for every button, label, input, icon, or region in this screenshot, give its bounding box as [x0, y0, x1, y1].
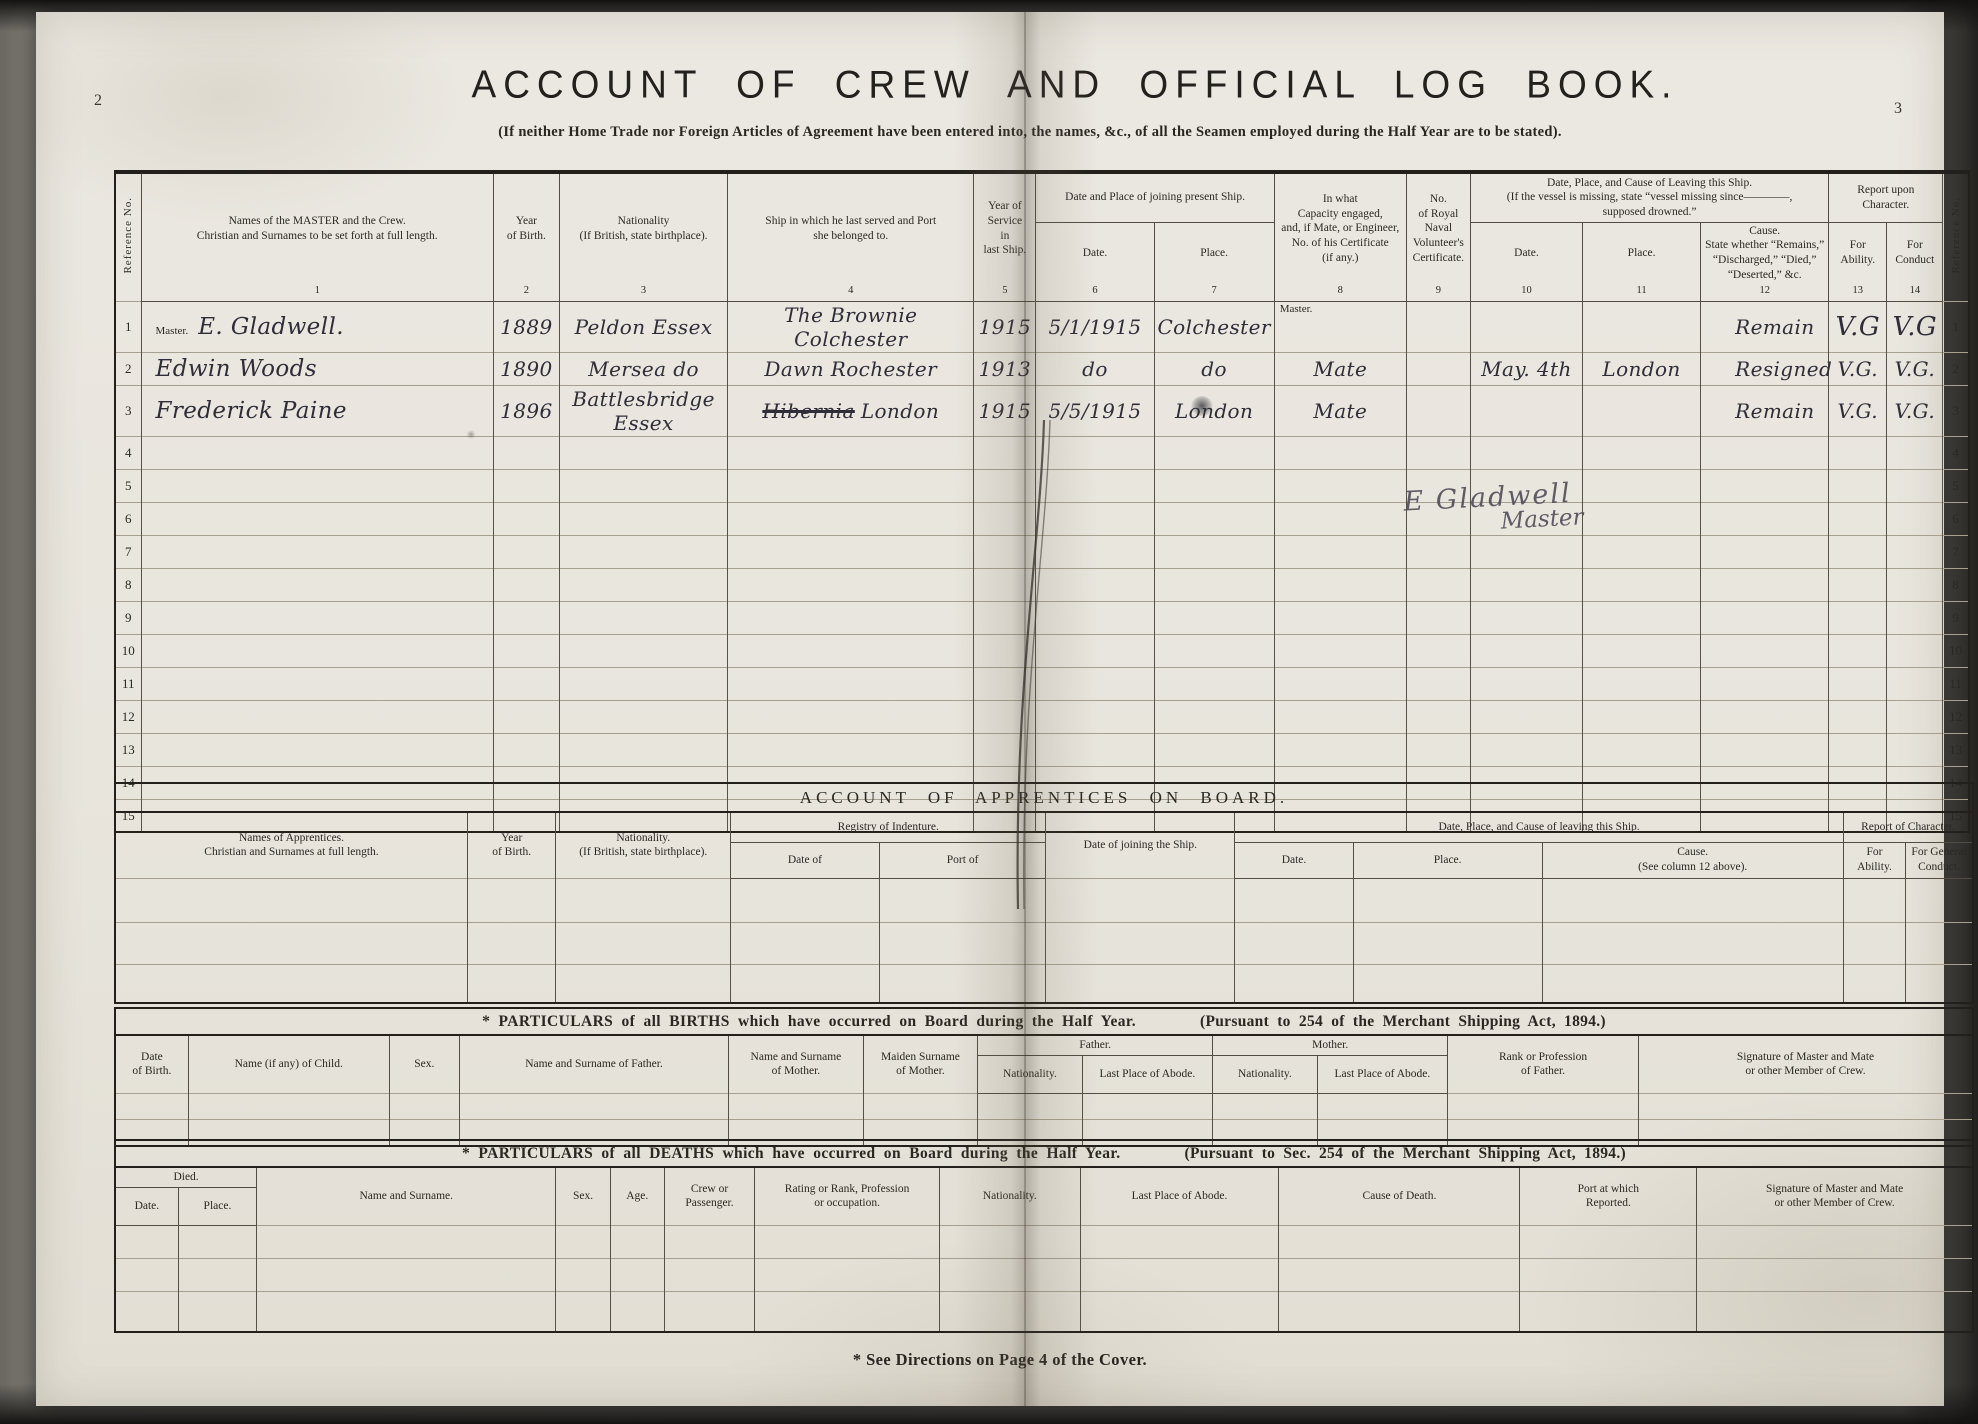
crew-cell-join_place [1154, 601, 1274, 634]
crew-cell-cause: Remain [1701, 301, 1829, 352]
crew-cell-cause [1701, 568, 1829, 601]
crew-row: 1313 [115, 733, 1969, 766]
crew-row: 66 [115, 502, 1969, 535]
births-table: Date of Birth. Name (if any) of Child. S… [116, 1034, 1972, 1145]
col-header-nationality: Nationality (If British, state birthplac… [559, 172, 727, 283]
crew-cell-rnv [1406, 469, 1470, 502]
col-header-leave-date: Date. [1470, 222, 1582, 283]
crew-cell-rnv [1406, 634, 1470, 667]
crew-cell-no: 8 [115, 568, 141, 601]
crew-row: 1010 [115, 634, 1969, 667]
birth-col-mother: Name and Surname of Mother. [729, 1035, 864, 1093]
crew-cell-no: 7 [115, 535, 141, 568]
crew-cell-leave_date [1470, 301, 1582, 352]
crew-cell-nationality [559, 634, 727, 667]
crew-row: 2Edwin Woods1890Mersea doDawn Rochester1… [115, 352, 1969, 385]
crew-cell-join_place [1154, 733, 1274, 766]
death-col-age: Age. [610, 1167, 664, 1225]
birth-col-rank: Rank or Profession of Father. [1448, 1035, 1639, 1093]
empty-row [116, 1225, 1972, 1258]
crew-cell-leave_place [1583, 301, 1701, 352]
crew-cell-ship: Dawn Rochester [728, 352, 974, 385]
crew-cell-cause [1701, 502, 1829, 535]
births-title-main: * PARTICULARS of all BIRTHS which have o… [482, 1013, 1136, 1030]
birth-col-maiden: Maiden Surname of Mother. [863, 1035, 977, 1093]
crew-cell-capacity [1274, 667, 1406, 700]
crew-cell-nationality [559, 667, 727, 700]
crew-row: 1212 [115, 700, 1969, 733]
crew-cell-ability: V.G [1829, 301, 1887, 352]
crew-cell-ship [728, 634, 974, 667]
crew-cell-nationality [559, 601, 727, 634]
crew-cell-capacity [1274, 601, 1406, 634]
crew-cell-capacity [1274, 700, 1406, 733]
crew-cell-ability [1829, 469, 1887, 502]
crew-cell-conduct: V.G. [1887, 352, 1943, 385]
crew-cell-join_place [1154, 700, 1274, 733]
crew-cell-no: 12 [1943, 700, 1969, 733]
crew-cell-name: Frederick Paine [141, 385, 493, 436]
crew-cell-ship [728, 700, 974, 733]
crew-cell-leave_place [1583, 568, 1701, 601]
crew-cell-name [141, 502, 493, 535]
crew-cell-name [141, 601, 493, 634]
crew-cell-join_date [1036, 601, 1154, 634]
crew-cell-service [974, 667, 1036, 700]
crew-cell-service: 1915 [974, 301, 1036, 352]
crew-cell-leave_date [1470, 385, 1582, 436]
crew-cell-no: 2 [1943, 352, 1969, 385]
crew-row: 99 [115, 601, 1969, 634]
crew-cell-join_date [1036, 535, 1154, 568]
deaths-title-main: * PARTICULARS of all DEATHS which have o… [462, 1145, 1121, 1162]
crew-cell-leave_place [1583, 502, 1701, 535]
apprentices-section: ACCOUNT OF APPRENTICES ON BOARD. Names o… [114, 782, 1974, 1004]
crew-cell-name: Edwin Woods [141, 352, 493, 385]
death-col-sex: Sex. [556, 1167, 610, 1225]
crew-cell-birth [493, 634, 559, 667]
crew-cell-conduct: V.G. [1887, 385, 1943, 436]
col-header-join-date: Date. [1036, 222, 1154, 283]
crew-cell-nationality [559, 502, 727, 535]
crew-cell-leave_place [1583, 634, 1701, 667]
crew-cell-cause [1701, 700, 1829, 733]
crew-cell-leave_date [1470, 667, 1582, 700]
crew-cell-rnv [1406, 667, 1470, 700]
reference-no-header-right: Reference No. [1943, 172, 1969, 301]
crew-cell-join_date [1036, 700, 1154, 733]
crew-cell-conduct [1887, 502, 1943, 535]
crew-cell-birth: 1890 [493, 352, 559, 385]
birth-col-child: Name (if any) of Child. [188, 1035, 389, 1093]
crew-cell-conduct [1887, 601, 1943, 634]
crew-cell-rnv [1406, 733, 1470, 766]
log-book-spread: 2 3 ACCOUNT OF CREW AND OFFICIAL LOG BOO… [36, 12, 1944, 1406]
col-header-ability: For Ability. [1829, 222, 1887, 283]
crew-cell-conduct [1887, 667, 1943, 700]
crew-cell-conduct [1887, 568, 1943, 601]
crew-cell-capacity [1274, 568, 1406, 601]
crew-cell-cause [1701, 601, 1829, 634]
crew-cell-no: 7 [1943, 535, 1969, 568]
col-header-names: Names of the MASTER and the Crew. Christ… [141, 172, 493, 283]
crew-cell-join_date [1036, 436, 1154, 469]
crew-cell-name [141, 436, 493, 469]
crew-cell-join_date [1036, 634, 1154, 667]
birth-col-father-abode: Last Place of Abode. [1082, 1055, 1213, 1093]
crew-cell-leave_place [1583, 733, 1701, 766]
crew-cell-leave_place [1583, 436, 1701, 469]
app-group-report: Report of Character. [1843, 812, 1972, 842]
apprentices-title: ACCOUNT OF APPRENTICES ON BOARD. [116, 784, 1972, 811]
crew-cell-service [974, 568, 1036, 601]
crew-cell-join_date [1036, 733, 1154, 766]
crew-cell-leave_place [1583, 601, 1701, 634]
crew-cell-leave_date [1470, 634, 1582, 667]
births-title-pursuant: (Pursuant to 254 of the Merchant Shippin… [1200, 1013, 1606, 1030]
crew-cell-ship [728, 502, 974, 535]
crew-cell-join_place [1154, 535, 1274, 568]
death-col-abode: Last Place of Abode. [1080, 1167, 1279, 1225]
crew-cell-birth [493, 469, 559, 502]
page-title: ACCOUNT OF CREW AND OFFICIAL LOG BOOK. [36, 63, 1944, 107]
footer-note: * See Directions on Page 4 of the Cover. [36, 1350, 1944, 1370]
crew-cell-service [974, 601, 1036, 634]
crew-cell-service [974, 436, 1036, 469]
death-col-place: Place. [178, 1187, 256, 1225]
crew-cell-no: 1 [115, 301, 141, 352]
deaths-title: * PARTICULARS of all DEATHS which have o… [116, 1141, 1972, 1166]
crew-cell-nationality [559, 568, 727, 601]
crew-cell-name [141, 469, 493, 502]
crew-cell-name [141, 535, 493, 568]
crew-cell-cause [1701, 436, 1829, 469]
crew-cell-no: 3 [1943, 385, 1969, 436]
crew-cell-service [974, 502, 1036, 535]
crew-cell-ability [1829, 568, 1887, 601]
app-col-port-of: Port of [879, 842, 1046, 878]
crew-cell-join_place [1154, 436, 1274, 469]
app-col-conduct: For General Conduct. [1906, 842, 1972, 878]
app-col-nationality: Nationality. (If British, state birthpla… [556, 812, 731, 878]
app-col-leave-place: Place. [1353, 842, 1542, 878]
col-header-last-ship: Ship in which he last served and Port sh… [728, 172, 974, 283]
crew-cell-rnv [1406, 700, 1470, 733]
crew-cell-join_date: 5/1/1915 [1036, 301, 1154, 352]
app-group-leaving: Date, Place, and Cause of leaving this S… [1235, 812, 1844, 842]
crew-cell-service [974, 535, 1036, 568]
crew-row: 55 [115, 469, 1969, 502]
crew-cell-ship [728, 535, 974, 568]
crew-cell-rnv [1406, 535, 1470, 568]
death-col-nationality: Nationality. [939, 1167, 1080, 1225]
crew-cell-nationality [559, 436, 727, 469]
crew-row: 44 [115, 436, 1969, 469]
crew-cell-ship: HiberniaLondon [728, 385, 974, 436]
crew-cell-no: 13 [115, 733, 141, 766]
crew-cell-conduct [1887, 700, 1943, 733]
crew-cell-ability [1829, 436, 1887, 469]
col-header-service: Year of Service in last Ship. [974, 172, 1036, 283]
crew-cell-no: 9 [1943, 601, 1969, 634]
crew-cell-service [974, 733, 1036, 766]
crew-cell-cause: Remain [1701, 385, 1829, 436]
crew-cell-ship [728, 733, 974, 766]
crew-cell-leave_place [1583, 667, 1701, 700]
crew-cell-no: 1 [1943, 301, 1969, 352]
crew-cell-capacity [1274, 469, 1406, 502]
crew-cell-leave_date [1470, 436, 1582, 469]
crew-row: 1111 [115, 667, 1969, 700]
crew-cell-capacity [1274, 502, 1406, 535]
crew-cell-leave_place [1583, 385, 1701, 436]
crew-cell-ability [1829, 667, 1887, 700]
group-header-report: Report upon Character. [1829, 172, 1943, 222]
crew-cell-cause [1701, 469, 1829, 502]
app-col-year: Year of Birth. [468, 812, 556, 878]
crew-cell-rnv [1406, 568, 1470, 601]
birth-col-signature: Signature of Master and Mate or other Me… [1638, 1035, 1972, 1093]
crew-row: 1Master.E. Gladwell.1889Peldon EssexThe … [115, 301, 1969, 352]
crew-cell-capacity [1274, 733, 1406, 766]
crew-cell-join_place: do [1154, 352, 1274, 385]
crew-cell-leave_date [1470, 733, 1582, 766]
crew-cell-join_place [1154, 634, 1274, 667]
crew-cell-capacity [1274, 634, 1406, 667]
crew-cell-ability: V.G. [1829, 352, 1887, 385]
birth-col-date: Date of Birth. [116, 1035, 188, 1093]
col-header-conduct: For Conduct [1887, 222, 1943, 283]
crew-cell-ability: V.G. [1829, 385, 1887, 436]
crew-cell-no: 8 [1943, 568, 1969, 601]
death-col-rating: Rating or Rank, Profession or occupation… [755, 1167, 940, 1225]
death-col-crew: Crew or Passenger. [664, 1167, 754, 1225]
crew-cell-birth: 1896 [493, 385, 559, 436]
crew-cell-no: 11 [115, 667, 141, 700]
birth-group-father: Father. [978, 1035, 1213, 1055]
app-col-cause: Cause. (See column 12 above). [1542, 842, 1843, 878]
crew-cell-no: 6 [115, 502, 141, 535]
crew-cell-rnv [1406, 301, 1470, 352]
crew-cell-nationality [559, 535, 727, 568]
crew-cell-no: 12 [115, 700, 141, 733]
births-section: * PARTICULARS of all BIRTHS which have o… [114, 1007, 1974, 1147]
crew-cell-join_date [1036, 502, 1154, 535]
crew-cell-birth [493, 535, 559, 568]
deaths-table: Died. Name and Surname. Sex. Age. Crew o… [116, 1166, 1972, 1331]
crew-cell-nationality [559, 469, 727, 502]
crew-cell-name [141, 667, 493, 700]
crew-cell-leave_place [1583, 469, 1701, 502]
death-col-name: Name and Surname. [257, 1167, 556, 1225]
crew-cell-no: 10 [115, 634, 141, 667]
crew-cell-nationality: Peldon Essex [559, 301, 727, 352]
crew-cell-capacity [1274, 535, 1406, 568]
crew-cell-no: 4 [1943, 436, 1969, 469]
crew-cell-conduct [1887, 634, 1943, 667]
crew-cell-service: 1913 [974, 352, 1036, 385]
crew-cell-cause [1701, 634, 1829, 667]
birth-col-mother-nationality: Nationality. [1213, 1055, 1317, 1093]
crew-cell-leave_place: London [1583, 352, 1701, 385]
col-header-birth: Year of Birth. [493, 172, 559, 283]
crew-cell-join_place [1154, 469, 1274, 502]
crew-cell-join_date: 5/5/1915 [1036, 385, 1154, 436]
crew-cell-ship [728, 469, 974, 502]
crew-cell-leave_place [1583, 700, 1701, 733]
group-header-joining: Date and Place of joining present Ship. [1036, 172, 1274, 222]
crew-cell-nationality [559, 700, 727, 733]
crew-cell-ship [728, 436, 974, 469]
crew-cell-service [974, 469, 1036, 502]
crew-cell-birth [493, 436, 559, 469]
reference-no-header-left: Reference No. [115, 172, 141, 301]
crew-cell-birth [493, 733, 559, 766]
crew-cell-leave_date [1470, 469, 1582, 502]
app-col-names: Names of Apprentices. Christian and Surn… [116, 812, 468, 878]
crew-cell-nationality: Mersea do [559, 352, 727, 385]
crew-cell-ship [728, 601, 974, 634]
apprentices-table: Names of Apprentices. Christian and Surn… [116, 811, 1972, 1002]
crew-cell-birth [493, 568, 559, 601]
app-col-leave-date: Date. [1235, 842, 1354, 878]
crew-cell-name [141, 733, 493, 766]
crew-cell-birth [493, 700, 559, 733]
death-group-died: Died. [116, 1167, 257, 1187]
crew-cell-cause [1701, 535, 1829, 568]
crew-cell-rnv [1406, 502, 1470, 535]
crew-cell-ability [1829, 535, 1887, 568]
empty-row [116, 1258, 1972, 1291]
crew-cell-birth [493, 601, 559, 634]
app-group-registry: Registry of Indenture. [731, 812, 1046, 842]
col-header-leave-place: Place. [1583, 222, 1701, 283]
crew-cell-name [141, 700, 493, 733]
app-col-date-of: Date of [731, 842, 880, 878]
crew-cell-name: Master.E. Gladwell. [141, 301, 493, 352]
crew-cell-conduct [1887, 469, 1943, 502]
crew-cell-nationality: Battlesbridge Essex [559, 385, 727, 436]
crew-cell-conduct: V.G [1887, 301, 1943, 352]
crew-cell-no: 3 [115, 385, 141, 436]
deaths-title-pursuant: (Pursuant to Sec. 254 of the Merchant Sh… [1185, 1145, 1626, 1162]
crew-cell-ship [728, 667, 974, 700]
crew-row: 88 [115, 568, 1969, 601]
crew-cell-ability [1829, 502, 1887, 535]
col-header-join-place: Place. [1154, 222, 1274, 283]
crew-cell-conduct [1887, 535, 1943, 568]
empty-row [116, 964, 1972, 1002]
scanned-document: 2 3 ACCOUNT OF CREW AND OFFICIAL LOG BOO… [0, 0, 1978, 1424]
death-col-cause: Cause of Death. [1279, 1167, 1520, 1225]
crew-table: Reference No. Names of the MASTER and th… [114, 170, 1970, 833]
crew-cell-capacity: Mate [1274, 352, 1406, 385]
crew-cell-join_place: Colchester [1154, 301, 1274, 352]
col-header-rnv: No. of Royal Naval Volunteer's Certifica… [1406, 172, 1470, 283]
crew-cell-conduct [1887, 733, 1943, 766]
crew-cell-cause [1701, 667, 1829, 700]
crew-cell-leave_date [1470, 568, 1582, 601]
page-subtitle: (If neither Home Trade nor Foreign Artic… [36, 124, 1944, 141]
death-col-date: Date. [116, 1187, 178, 1225]
crew-cell-ability [1829, 700, 1887, 733]
crew-cell-service: 1915 [974, 385, 1036, 436]
crew-cell-capacity: Mate [1274, 385, 1406, 436]
crew-cell-no: 5 [115, 469, 141, 502]
app-col-ability: For Ability. [1843, 842, 1905, 878]
crew-cell-birth [493, 502, 559, 535]
empty-row [116, 1291, 1972, 1331]
crew-cell-join_date [1036, 568, 1154, 601]
birth-group-mother: Mother. [1213, 1035, 1448, 1055]
crew-row: 77 [115, 535, 1969, 568]
column-numbers-row: 12 34 56 78 910 1112 1314 [115, 283, 1969, 301]
crew-cell-leave_date [1470, 535, 1582, 568]
crew-cell-ability [1829, 733, 1887, 766]
crew-cell-no: 11 [1943, 667, 1969, 700]
crew-row: 3Frederick Paine1896Battlesbridge EssexH… [115, 385, 1969, 436]
crew-cell-cause [1701, 733, 1829, 766]
crew-cell-no: 13 [1943, 733, 1969, 766]
crew-cell-no: 6 [1943, 502, 1969, 535]
crew-cell-cause: Resigned [1701, 352, 1829, 385]
crew-cell-join_place [1154, 568, 1274, 601]
crew-cell-name [141, 634, 493, 667]
crew-cell-ship [728, 568, 974, 601]
app-col-joining: Date of joining the Ship. [1046, 812, 1235, 878]
crew-cell-leave_date [1470, 601, 1582, 634]
crew-cell-service [974, 700, 1036, 733]
birth-col-father: Name and Surname of Father. [459, 1035, 728, 1093]
crew-cell-rnv [1406, 436, 1470, 469]
crew-cell-service [974, 634, 1036, 667]
crew-cell-no: 2 [115, 352, 141, 385]
death-col-signature: Signature of Master and Mate or other Me… [1697, 1167, 1972, 1225]
crew-cell-rnv [1406, 352, 1470, 385]
crew-cell-ship: The Brownie Colchester [728, 301, 974, 352]
crew-cell-conduct [1887, 436, 1943, 469]
empty-row [116, 922, 1972, 964]
crew-cell-join_place [1154, 502, 1274, 535]
crew-cell-no: 9 [115, 601, 141, 634]
birth-col-sex: Sex. [389, 1035, 459, 1093]
birth-col-father-nationality: Nationality. [978, 1055, 1082, 1093]
crew-cell-rnv [1406, 385, 1470, 436]
crew-cell-no: 10 [1943, 634, 1969, 667]
crew-cell-leave_date [1470, 502, 1582, 535]
crew-cell-birth: 1889 [493, 301, 559, 352]
birth-col-mother-abode: Last Place of Abode. [1317, 1055, 1448, 1093]
crew-cell-ability [1829, 601, 1887, 634]
crew-cell-name [141, 568, 493, 601]
crew-cell-rnv [1406, 601, 1470, 634]
group-header-leaving: Date, Place, and Cause of Leaving this S… [1470, 172, 1828, 222]
death-col-port: Port at which Reported. [1520, 1167, 1697, 1225]
crew-cell-capacity [1274, 436, 1406, 469]
crew-cell-leave_date [1470, 700, 1582, 733]
crew-cell-leave_date: May. 4th [1470, 352, 1582, 385]
crew-cell-ability [1829, 634, 1887, 667]
col-header-capacity: In what Capacity engaged, and, if Mate, … [1274, 172, 1406, 283]
crew-cell-birth [493, 667, 559, 700]
col-header-cause: Cause. State whether “Remains,” “Dischar… [1701, 222, 1829, 283]
crew-cell-leave_place [1583, 535, 1701, 568]
crew-cell-join_place [1154, 667, 1274, 700]
crew-cell-capacity: Master. [1274, 301, 1406, 352]
deaths-section: * PARTICULARS of all DEATHS which have o… [114, 1139, 1974, 1333]
crew-cell-no: 5 [1943, 469, 1969, 502]
births-title: * PARTICULARS of all BIRTHS which have o… [116, 1009, 1972, 1034]
